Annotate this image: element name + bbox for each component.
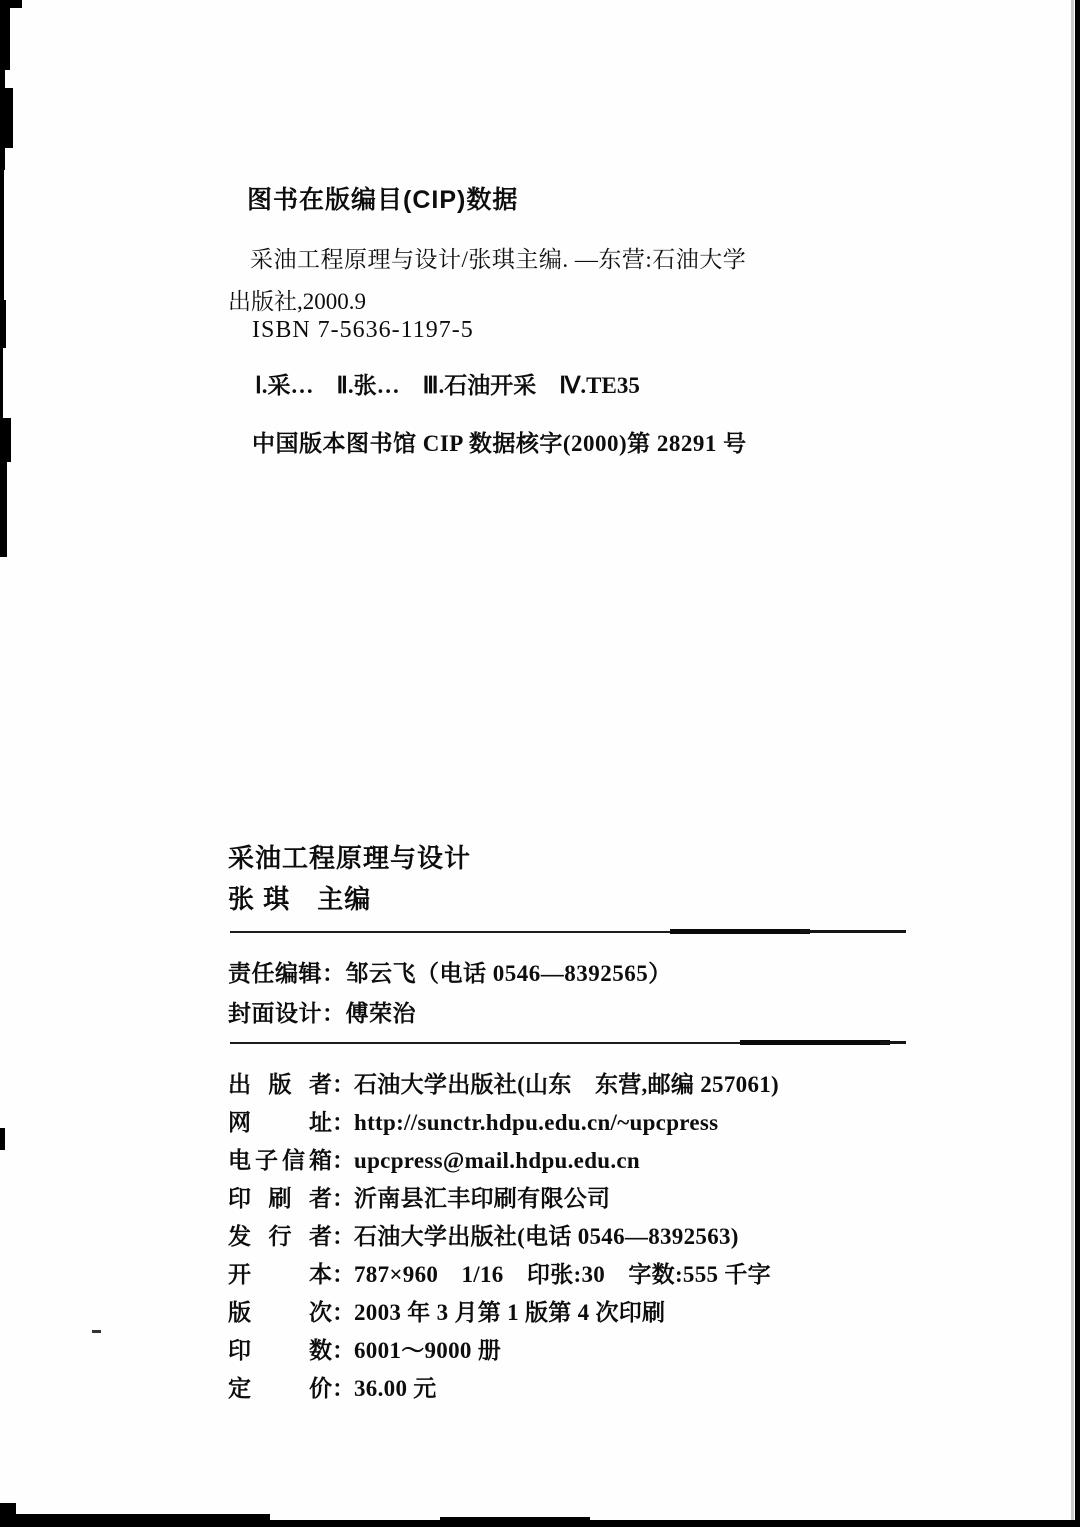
scan-artifact [0,300,6,348]
print-run-row: 印数：6001～9000 册 [228,1332,908,1370]
cover-design-row: 封面设计：傅荣治 [228,995,416,1028]
edition-label: 版次 [228,1294,332,1332]
price-row: 定价：36.00 元 [228,1370,908,1408]
printer-label: 印刷者 [228,1180,332,1218]
scan-edge-bottom-left [0,1514,270,1527]
responsible-editor-label: 责任编辑 [228,961,322,986]
email-value: upcpress@mail.hdpu.edu.cn [354,1148,640,1173]
scan-edge-shadow [1071,0,1074,1527]
scan-artifact [440,1517,590,1521]
printer-value: 沂南县汇丰印刷有限公司 [354,1186,610,1211]
horizontal-rule-top [230,931,906,933]
isbn-number: ISBN 7-5636-1197-5 [252,317,474,344]
horizontal-rule-bottom [230,1042,906,1044]
price-label: 定价 [228,1370,332,1408]
colon: ： [332,1066,354,1104]
colon: ： [332,1256,354,1294]
website-label: 网址 [228,1104,332,1142]
scan-smudge [740,1040,890,1045]
price-value: 36.00 元 [354,1376,437,1401]
responsible-editor-value: 邹云飞（电话 0546—8392565） [346,961,672,986]
label-colon: ： [322,1001,346,1026]
format-label: 开本 [228,1256,332,1294]
edition-value: 2003 年 3 月第 1 版第 4 次印刷 [354,1300,665,1325]
cover-design-value: 傅荣治 [346,1001,417,1026]
email-label: 电子信箱 [228,1142,332,1180]
publisher-row: 出版者：石油大学出版社(山东 东营,邮编 257061) [228,1066,908,1104]
cip-description-line-1: 采油工程原理与设计/张琪主编. —东营:石油大学 [250,241,746,274]
website-row: 网址：http://sunctr.hdpu.edu.cn/~upcpress [228,1104,908,1142]
colophon-block: 出版者：石油大学出版社(山东 东营,邮编 257061) 网址：http://s… [228,1066,908,1408]
label-colon: ： [322,961,346,986]
colon: ： [332,1294,354,1332]
format-value: 787×960 1/16 印张:30 字数:555 千字 [354,1262,771,1287]
print-run-value: 6001～9000 册 [354,1338,501,1363]
colon: ： [332,1104,354,1142]
cip-record-number: 中国版本图书馆 CIP 数据核字(2000)第 28291 号 [252,425,747,458]
responsible-editor-row: 责任编辑：邹云飞（电话 0546—8392565） [228,955,672,988]
scan-smudge [800,930,906,933]
printer-row: 印刷者：沂南县汇丰印刷有限公司 [228,1180,908,1218]
scan-artifact [92,1330,101,1333]
colon: ： [332,1142,354,1180]
scan-edge-corner [0,1503,16,1527]
colon: ： [332,1332,354,1370]
chief-editor-line: 张 琪 主编 [228,879,371,916]
publisher-label: 出版者 [228,1066,332,1104]
publisher-value: 石油大学出版社(山东 东营,邮编 257061) [354,1072,779,1097]
cip-description-line-2: 出版社,2000.9 [228,283,366,316]
distributor-value: 石油大学出版社(电话 0546—8392563) [354,1224,739,1249]
book-title: 采油工程原理与设计 [228,838,471,875]
edition-row: 版次：2003 年 3 月第 1 版第 4 次印刷 [228,1294,908,1332]
scan-edge-right [1075,0,1080,1527]
colon: ： [332,1218,354,1256]
distributor-label: 发行者 [228,1218,332,1256]
website-value: http://sunctr.hdpu.edu.cn/~upcpress [354,1110,718,1135]
colon: ： [332,1180,354,1218]
scan-artifact [0,150,4,300]
scan-artifact [0,348,3,418]
book-copyright-page: { "page": { "background": "#fefefe", "in… [0,0,1080,1527]
email-row: 电子信箱：upcpress@mail.hdpu.edu.cn [228,1142,908,1180]
cip-classification-line: Ⅰ.采… Ⅱ.张… Ⅲ.石油开采 Ⅳ.TE35 [255,367,640,400]
scan-artifact [0,462,7,557]
scan-artifact [0,418,11,462]
cip-heading: 图书在版编目(CIP)数据 [247,180,518,216]
scan-smudge [880,1041,906,1044]
format-row: 开本：787×960 1/16 印张:30 字数:555 千字 [228,1256,908,1294]
distributor-row: 发行者：石油大学出版社(电话 0546—8392563) [228,1218,908,1256]
cover-design-label: 封面设计 [228,1001,322,1026]
scan-smudge [670,929,810,934]
scan-artifact [0,1128,5,1150]
colon: ： [332,1370,354,1408]
scan-artifact [0,88,13,148]
print-run-label: 印数 [228,1332,332,1370]
